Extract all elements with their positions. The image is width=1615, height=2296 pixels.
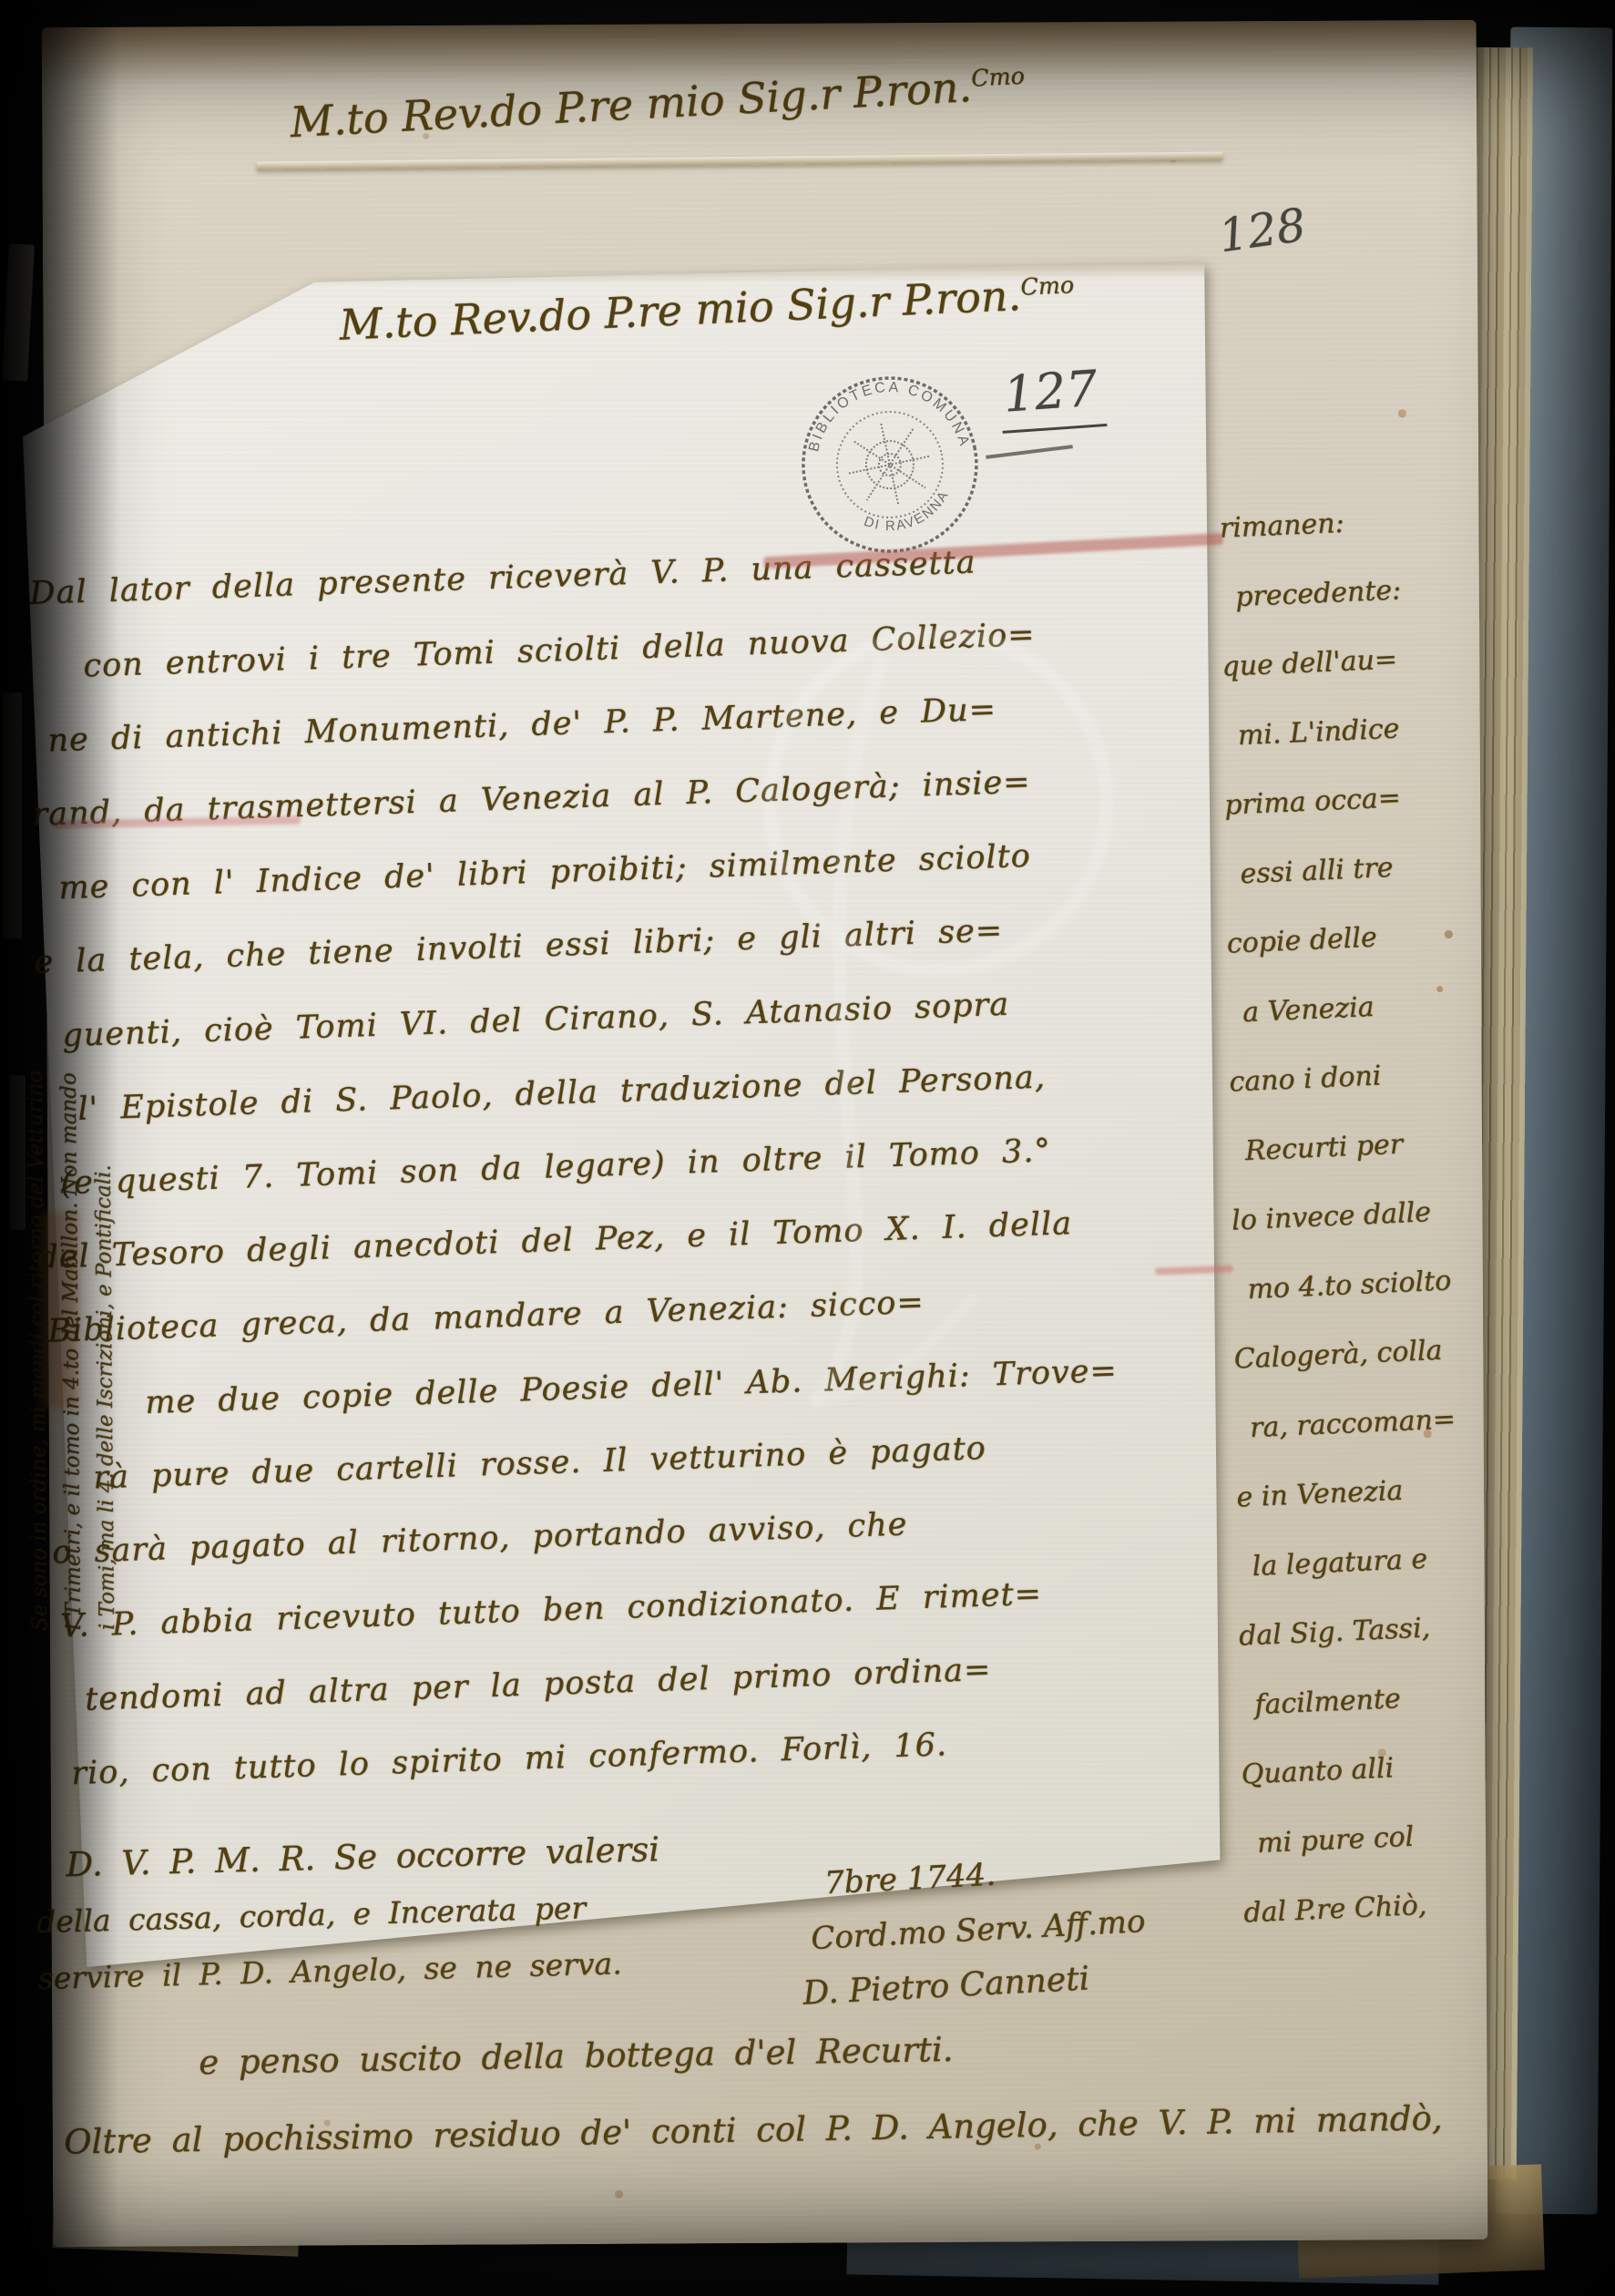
- fragment-line: dal P.re Chiò,: [1242, 1867, 1518, 1948]
- fragment-line: mo 4.to sciolto: [1246, 1245, 1508, 1325]
- closing-postscript: D. V. P. M. R. Se occorre valersidella c…: [35, 1821, 663, 2007]
- page-number-127: 127: [998, 359, 1108, 434]
- fragment-line: mi. L'indice: [1236, 691, 1497, 771]
- fragment-line: Recurti per: [1243, 1106, 1505, 1186]
- stamp-rosette: [840, 415, 939, 514]
- paper-speckles: [42, 27, 45, 30]
- fragment-line: dal Sig. Tassi,: [1237, 1590, 1513, 1671]
- fragment-line: Quanto alli: [1240, 1728, 1516, 1809]
- fragment-line: rimanen:: [1218, 483, 1494, 564]
- fragment-line: prima occa=: [1223, 760, 1499, 841]
- salutation-superscript: Cmo: [1020, 272, 1075, 301]
- fragment-line: que dell'au=: [1221, 621, 1497, 702]
- fragment-line: Calogerà, colla: [1232, 1313, 1508, 1394]
- fragment-line: a Venezia: [1241, 968, 1502, 1048]
- fragment-line: essi alli tre: [1239, 829, 1500, 909]
- fragment-line: la legatura e: [1251, 1522, 1512, 1602]
- fragment-line: precedente:: [1234, 552, 1496, 632]
- fragment-line: facilmente: [1253, 1660, 1515, 1740]
- fragment-line: e in Venezia: [1235, 1451, 1511, 1532]
- fragment-line: ra, raccoman=: [1248, 1383, 1509, 1463]
- fragment-line: copie delle: [1225, 898, 1501, 979]
- letter-body: Dal lator della presente riceverà V. P. …: [29, 530, 1238, 1799]
- fragment-line: mi pure col: [1255, 1799, 1517, 1879]
- salutation-superscript: Cmo: [970, 63, 1025, 92]
- fragment-line: lo invece dalle: [1230, 1174, 1506, 1256]
- bottom-lines: e penso uscito della bottega d'el Recurt…: [64, 2012, 1576, 2168]
- manuscript-photo: M.to Rev.do P.re mio Sig.r P.ron.Cmo 128…: [0, 0, 1615, 2296]
- right-column-fragments: rimanen:precedente:que dell'au=mi. L'ind…: [1219, 487, 1518, 1945]
- fragment-line: cano i doni: [1228, 1037, 1504, 1118]
- margin-annotation: Se sono in ordine, mi mandi col ritorno …: [16, 774, 125, 1631]
- closing-signature: 7bre 1744.Cord.mo Serv. Aff.moD. Pietro …: [823, 1840, 1150, 2020]
